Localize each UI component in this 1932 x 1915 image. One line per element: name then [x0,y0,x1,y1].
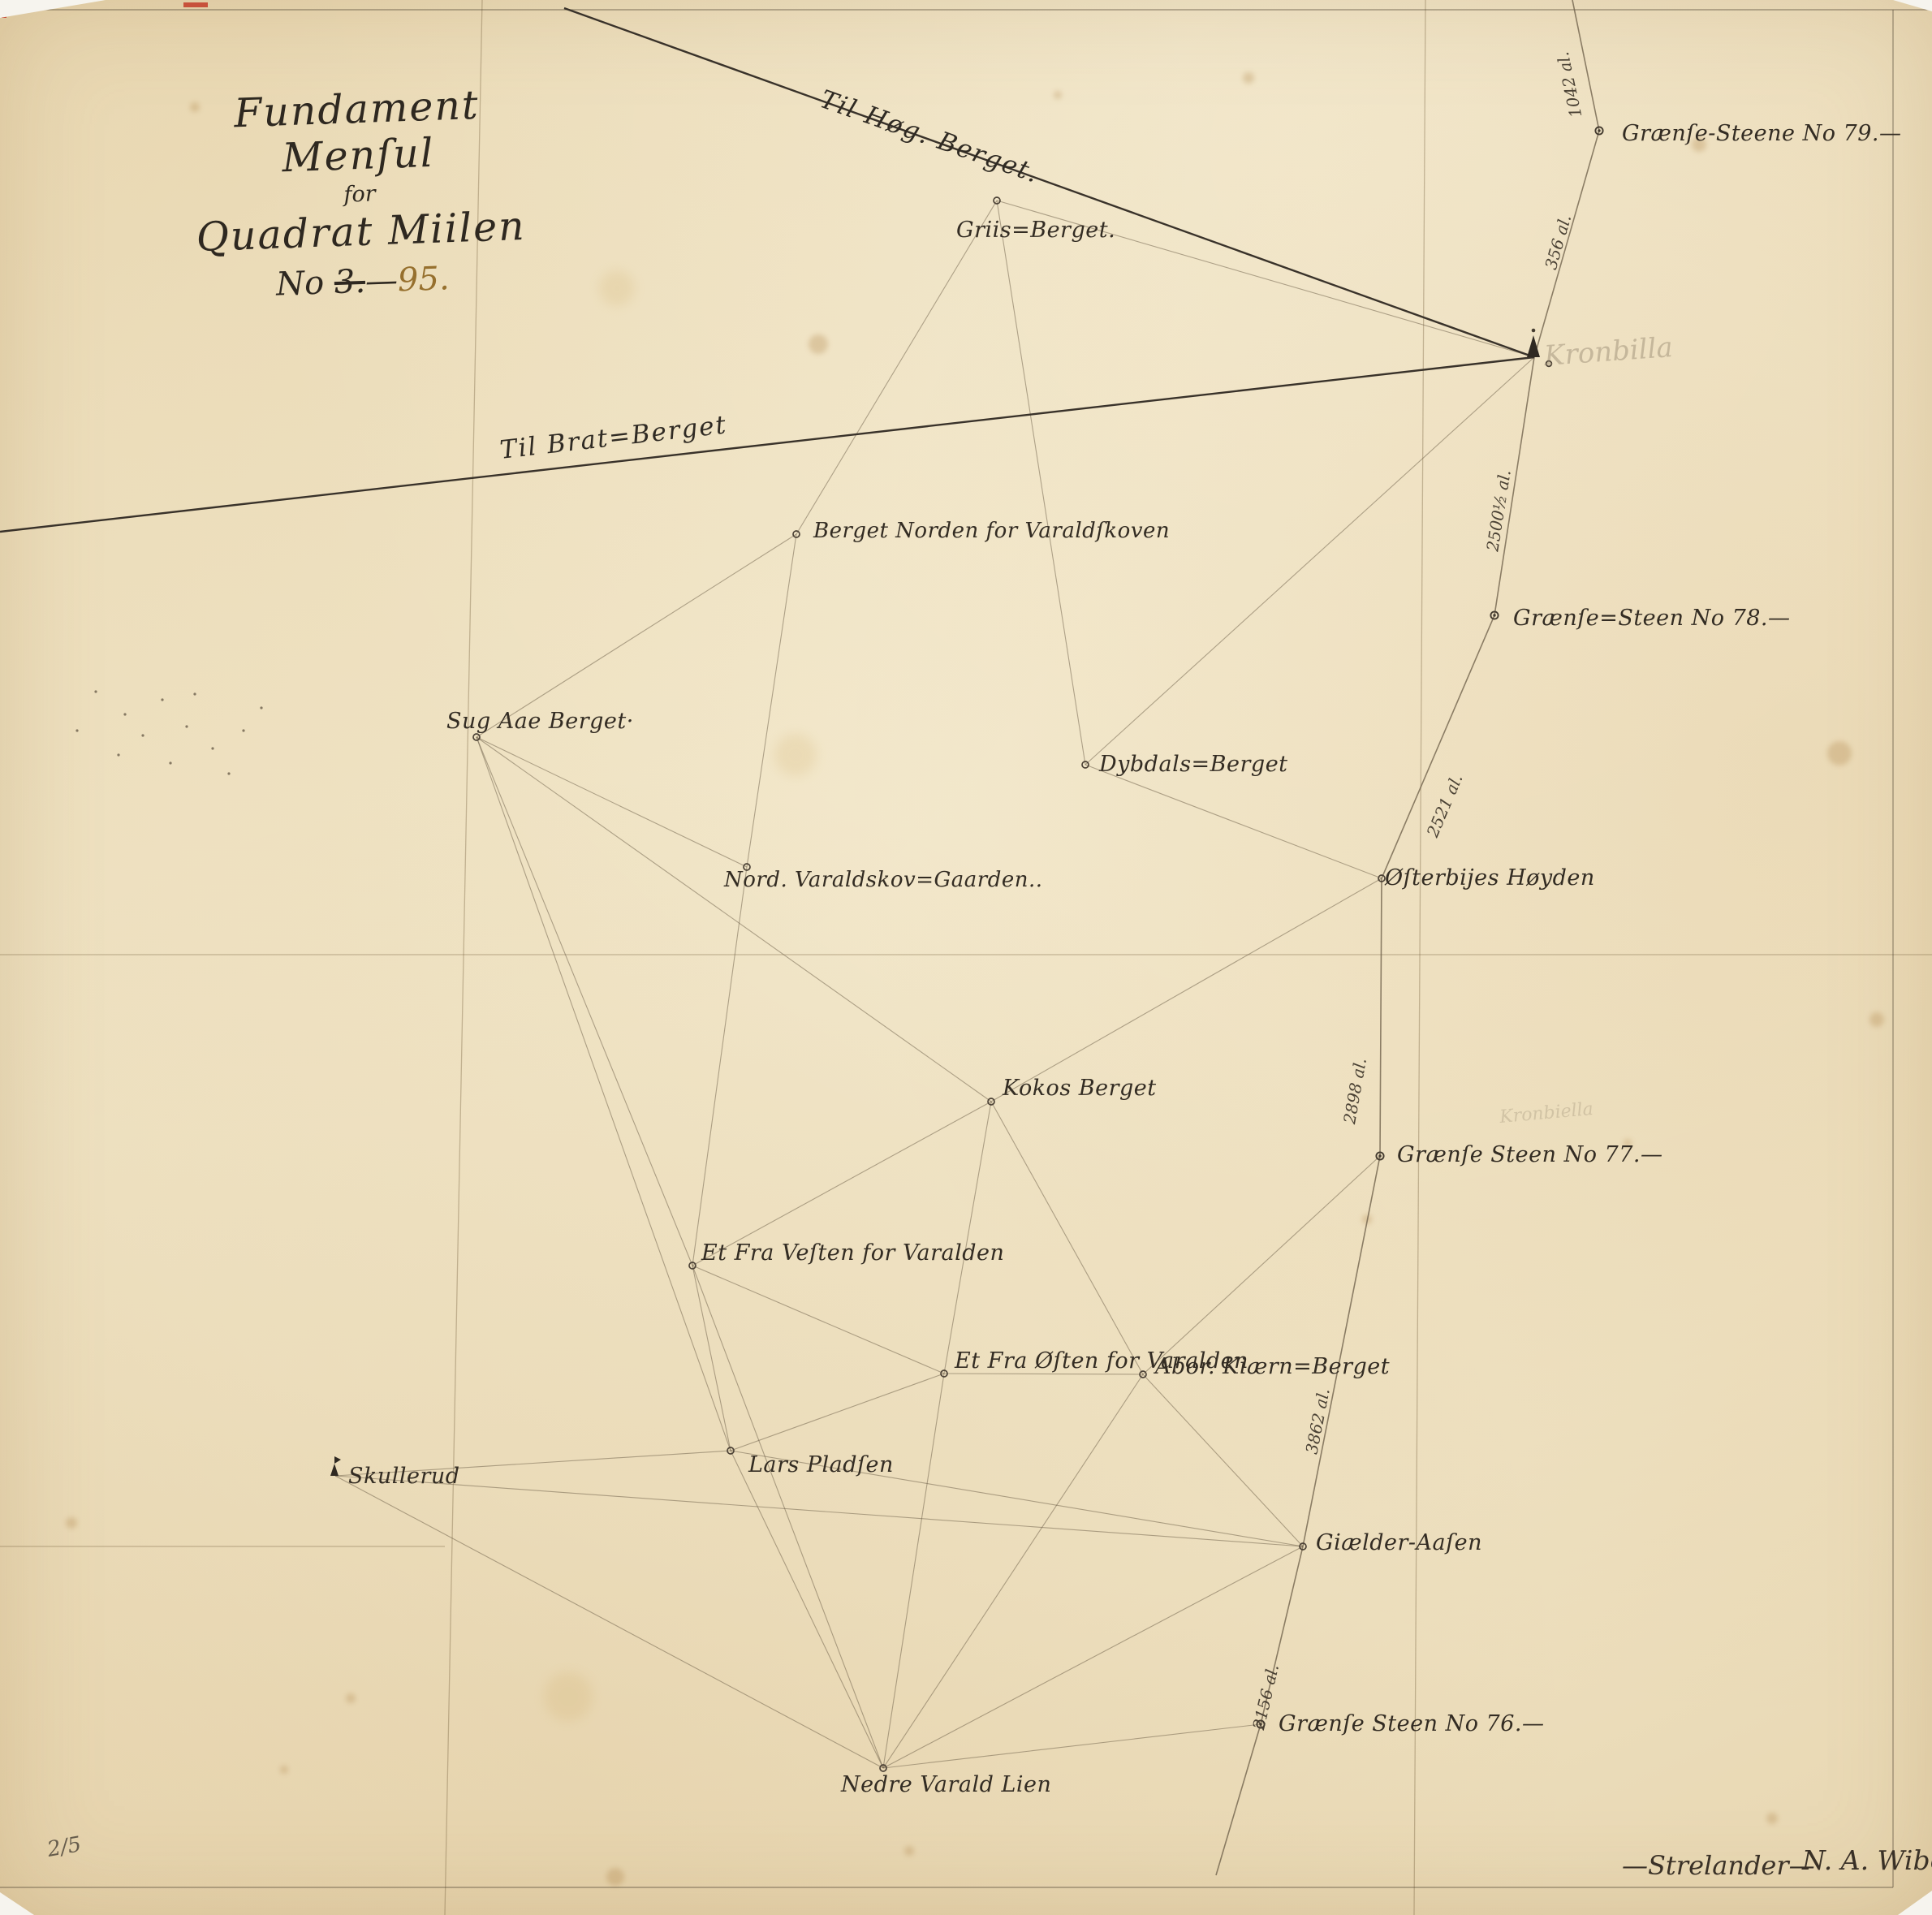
triangulation-line-et_osten-lars [731,1374,944,1451]
ink-speck [193,692,196,695]
title-line-3: Quadrat Miilen [186,202,537,261]
boundary-stone-center-gs77 [1378,1154,1381,1157]
map-title-block: Fundament Menſul for Quadrat Miilen No 3… [182,80,538,307]
triangulation-line-et_vesten-et_osten [692,1266,944,1374]
boundary-stone-center-gs76 [1259,1723,1261,1725]
station-label-sug_aae: Sug Aae Berget· [446,709,634,734]
distance-label: 356 al. [1541,212,1575,271]
stain-smear [544,1672,593,1721]
triangulation-line-et_vesten-lars [692,1266,731,1451]
fox-spot [904,1846,914,1856]
triangulation-line-sug_aae-lars [477,737,731,1451]
signature-2: N. A. Wibe. [1801,1844,1932,1876]
triangulation-line-abor-gs77 [1143,1156,1380,1374]
station-label-gs79: Grænſe-Steene No 79.— [1622,121,1902,146]
boundary-stone-center-gs79 [1598,129,1600,132]
triangulation-line-et_osten-abor [944,1374,1143,1374]
ink-speck [94,690,97,692]
fox-spot [346,1693,356,1703]
station-label-kokos: Kokos Berget [1002,1076,1157,1101]
fox-spot [66,1517,77,1529]
triangulation-line-lars-nedre_varald [731,1451,883,1768]
stain-smear [774,734,817,776]
fox-spot [280,1766,288,1774]
map-paper: 1042 al.356 al.2500½ al.2521 al.2898 al.… [0,0,1932,1915]
triangulation-line-griis-berget_norden [796,201,997,534]
boundary-stone-center-gs78 [1493,614,1495,616]
ink-speck [185,725,188,727]
pencil-note: Kronbiella [1498,1099,1593,1128]
station-label-lars: Lars Pladſen [748,1452,894,1477]
station-label-gs76: Grænſe Steen No 76.— [1279,1711,1544,1736]
ink-speck [242,729,244,731]
fox-spot [1766,1813,1778,1824]
title-number: 95. [397,260,450,299]
triangulation-line-kokos-abor [991,1102,1143,1374]
fox-spot [1869,1012,1884,1027]
ink-speck [260,706,262,709]
triangulation-line-kokos-osterbije [991,878,1382,1102]
ink-speck [161,698,163,701]
station-label-nord_varaldskov: Nord. Varaldskov=Gaarden.. [723,868,1043,892]
ink-speck [75,729,78,731]
triangulation-line-griis-dybdals [997,201,1085,765]
station-label-skullerud: Skullerud [348,1464,460,1489]
station-label-nedre_varald: Nedre Varald Lien [840,1772,1051,1797]
fox-spot [1827,741,1852,766]
sight-ray [0,357,1534,532]
ink-speck [227,772,230,774]
summit-cairn-top-kronbilla [1532,329,1536,333]
triangulation-line-berget_norden-nord_varaldskov [747,534,796,867]
triangulation-line-abor-gialder [1143,1374,1303,1546]
triangulation-line-skullerud-gialder [335,1476,1303,1546]
sight-ray-label: Til Høg. Berget. [816,84,1043,189]
station-label-griis: Griis=Berget. [956,218,1115,243]
fox-spot [809,334,828,354]
triangulation-line-nord_varaldskov-et_vesten [692,867,747,1266]
distance-label: 2156 al. [1248,1663,1283,1732]
triangulation-line-kronbilla-dybdals [1085,357,1534,765]
distance-label: 2500½ al. [1482,468,1515,554]
triangulation-line-sug_aae-et_vesten [477,737,692,1266]
triangulation-line-berget_norden-sug_aae [477,534,796,737]
station-label-berget_norden: Berget Norden for Varaldſkoven [813,519,1170,543]
triangulation-line-sug_aae-nord_varaldskov [477,737,747,867]
distance-label: 3862 al. [1302,1387,1334,1456]
station-label-gialder: Giælder-Aaſen [1316,1530,1482,1555]
signature-1: —Strelander— [1622,1850,1815,1881]
station-label-gs78: Grænſe=Steen No 78.— [1513,606,1791,631]
ink-speck [123,713,126,715]
station-label-dybdals: Dybdals=Berget [1098,752,1288,777]
pencil-note: Kronbilla [1542,331,1674,373]
title-struck-number: 3. [334,263,366,301]
fox-spot [1243,72,1254,84]
triangulation-line-gialder-nedre_varald [883,1546,1303,1768]
title-no-label: No [275,265,325,304]
triangulation-line-et_vesten-nedre_varald [692,1266,883,1768]
fold-line [1414,0,1425,1915]
red-edge-mark [183,2,208,7]
station-label-osterbije: Øſterbijes Høyden [1384,865,1595,891]
ink-speck [117,753,119,756]
sight-ray-label: Til Brat=Berget [498,410,729,465]
stain-smear [599,270,635,306]
distance-label: 1042 al. [1553,50,1586,119]
title-dash: — [364,261,399,300]
ink-speck [169,761,171,764]
title-line-1: Fundament Menſul [182,80,534,185]
station-label-abor: Abor. Kiærn=Berget [1153,1354,1390,1379]
fox-spot [606,1868,624,1886]
distance-label: 2521 al. [1422,771,1466,841]
sheet-corner-mark: 2/5 [45,1832,83,1862]
triangulation-line-gs76-nedre_varald [883,1724,1261,1768]
ink-speck [211,747,213,749]
triangulation-line-dybdals-osterbije [1085,765,1382,878]
triangulation-line-skullerud-nedre_varald [335,1476,883,1768]
station-label-et_vesten: Et Fra Veſten for Varalden [701,1240,1004,1266]
triangulation-line-sug_aae-kokos [477,737,991,1102]
triangulation-line-abor-nedre_varald [883,1374,1143,1768]
triangulation-line-et_osten-nedre_varald [883,1374,944,1768]
ink-speck [141,734,144,736]
station-label-gs77: Grænſe Steen No 77.— [1397,1142,1662,1167]
flag-pennant-skullerud [334,1456,341,1464]
fox-spot [1054,91,1062,99]
sight-ray [564,8,1534,357]
flag-station-skullerud [330,1464,339,1476]
distance-label: 2898 al. [1339,1056,1370,1126]
triangulation-line-kokos-et_osten [944,1102,991,1374]
